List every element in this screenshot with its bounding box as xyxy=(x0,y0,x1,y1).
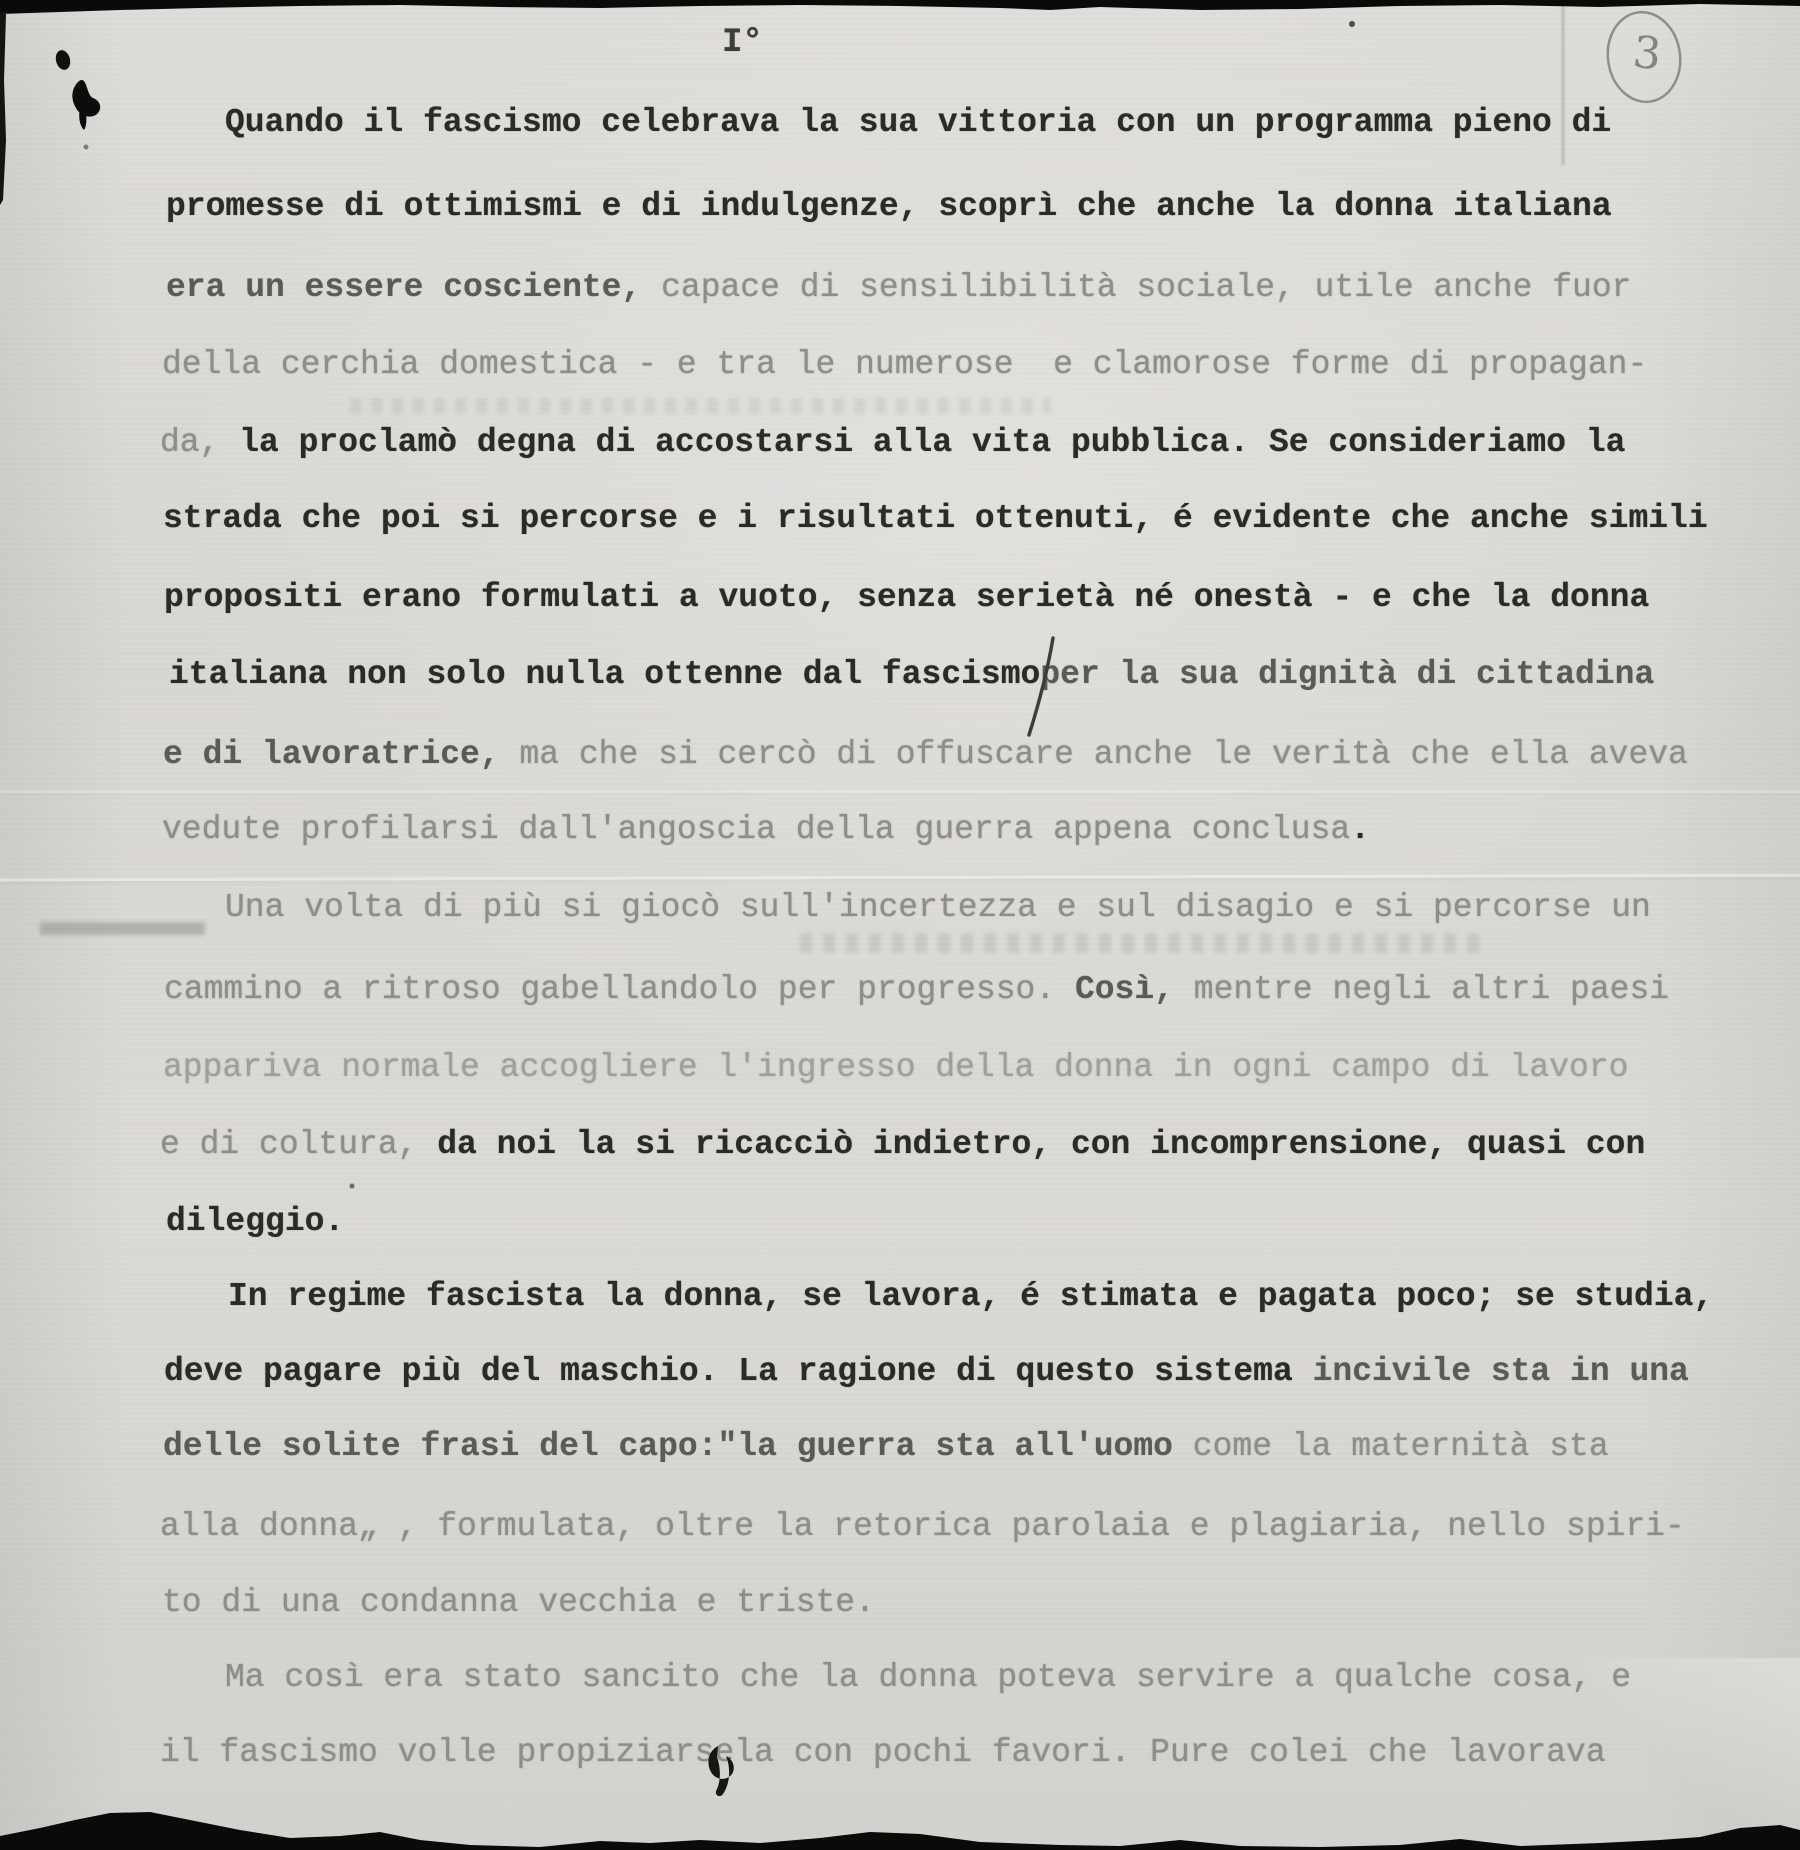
typed-line: cammino a ritroso gabellandolo per progr… xyxy=(164,970,1669,1010)
typed-line: strada che poi si percorse e i risultati… xyxy=(163,499,1708,539)
typed-text: strada che poi si percorse e i risultati… xyxy=(163,500,1708,537)
typed-text: mentre negli altri paesi xyxy=(1174,971,1669,1008)
horizontal-crease xyxy=(0,874,1800,882)
typed-text: dileggio. xyxy=(166,1203,344,1240)
typed-text: incivile sta in una xyxy=(1313,1353,1689,1390)
typed-text: da noi la si ricacciò indietro, con inco… xyxy=(437,1126,1645,1163)
typed-text: era un essere cosciente, xyxy=(166,269,661,306)
typed-text: italiana non solo nulla ottenne dal fasc… xyxy=(169,656,1040,693)
typed-line: delle solite frasi del capo:"la guerra s… xyxy=(163,1427,1609,1467)
typed-text: da, xyxy=(160,424,239,461)
typed-line: propositi erano formulati a vuoto, senza… xyxy=(164,578,1649,618)
typed-text: appariva normale accogliere l'ingresso d… xyxy=(163,1049,1628,1086)
stray-dot xyxy=(1349,21,1355,27)
torn-edge-top xyxy=(0,0,1800,14)
typed-line: Una volta di più si giocò sull'incertezz… xyxy=(225,888,1651,928)
typed-line: da, la proclamò degna di accostarsi alla… xyxy=(160,423,1625,463)
typed-line: deve pagare più del maschio. La ragione … xyxy=(164,1352,1689,1392)
typed-line: era un essere cosciente, capace di sensi… xyxy=(166,268,1631,308)
typed-line: appariva normale accogliere l'ingresso d… xyxy=(163,1048,1628,1088)
typed-text: per la sua dignità di cittadina xyxy=(1040,656,1654,693)
ghost-text-smudge xyxy=(800,933,1490,953)
typed-line: In regime fascista la donna, se lavora, … xyxy=(228,1277,1713,1317)
typed-text: vedute profilarsi dall'angoscia della gu… xyxy=(162,811,1350,848)
typed-line: italiana non solo nulla ottenne dal fasc… xyxy=(169,655,1654,695)
typewritten-page: I° 3 Quando il fascismo celebrava la sua… xyxy=(0,0,1800,1850)
typed-line: e di coltura, da noi la si ricacciò indi… xyxy=(160,1125,1645,1165)
typed-text: Così, xyxy=(1075,971,1174,1008)
typed-text: to di una condanna vecchia e triste. xyxy=(162,1584,875,1621)
typed-line: il fascismo volle propiziarsela con poch… xyxy=(160,1733,1606,1773)
torn-edge-left xyxy=(0,14,6,205)
typed-text: deve pagare più del maschio. La ragione … xyxy=(164,1353,1313,1390)
torn-edge-bottom xyxy=(0,1812,1800,1850)
typed-text: Quando il fascismo celebrava la sua vitt… xyxy=(225,104,1611,141)
typed-text: della cerchia domestica - e tra le numer… xyxy=(162,346,1647,383)
typed-text: alla donna„ , formulata, oltre la retori… xyxy=(160,1508,1685,1545)
typed-line: alla donna„ , formulata, oltre la retori… xyxy=(160,1507,1685,1547)
handwritten-page-number: 3 xyxy=(1620,12,1674,96)
typed-text: capace di sensilibilità sociale, utile a… xyxy=(661,269,1631,306)
typed-text: come la maternità sta xyxy=(1193,1428,1609,1465)
typed-text: propositi erano formulati a vuoto, senza… xyxy=(164,579,1649,616)
typed-line: Ma così era stato sancito che la donna p… xyxy=(225,1658,1631,1698)
typed-text: Ma così era stato sancito che la donna p… xyxy=(225,1659,1631,1696)
horizontal-crease xyxy=(0,790,1800,793)
typed-text: la proclamò degna di accostarsi alla vit… xyxy=(239,424,1625,461)
typed-line: della cerchia domestica - e tra le numer… xyxy=(162,345,1647,385)
typed-text: . xyxy=(1350,811,1370,848)
ghost-text-smudge xyxy=(350,398,1050,414)
typed-text: cammino a ritroso gabellandolo per progr… xyxy=(164,971,1075,1008)
typed-line: Quando il fascismo celebrava la sua vitt… xyxy=(225,103,1611,143)
typed-text: Una volta di più si giocò sull'incertezz… xyxy=(225,889,1651,926)
typed-line: dileggio. xyxy=(166,1202,344,1242)
typed-text: e di lavoratrice, xyxy=(163,736,519,773)
section-heading: I° xyxy=(722,24,763,62)
ink-blot xyxy=(54,49,73,72)
typed-text: ma che si cercò di offuscare anche le ve… xyxy=(519,736,1687,773)
typed-text: In regime fascista la donna, se lavora, … xyxy=(228,1278,1713,1315)
ink-blot-drip xyxy=(79,108,86,130)
typed-line: e di lavoratrice, ma che si cercò di off… xyxy=(163,735,1688,775)
typed-line: promesse di ottimismi e di indulgenze, s… xyxy=(166,187,1612,227)
typed-line: to di una condanna vecchia e triste. xyxy=(162,1583,875,1623)
typed-text: il fascismo volle propiziarsela con poch… xyxy=(160,1734,1606,1771)
ink-speck xyxy=(84,145,89,150)
typed-line: vedute profilarsi dall'angoscia della gu… xyxy=(162,810,1370,850)
ink-blot xyxy=(72,80,100,117)
typed-text: promesse di ottimismi e di indulgenze, s… xyxy=(166,188,1612,225)
stray-mark xyxy=(350,1184,355,1189)
ink-smudge xyxy=(40,922,205,935)
typed-text: delle solite frasi del capo:"la guerra s… xyxy=(163,1428,1193,1465)
typed-text: e di coltura, xyxy=(160,1126,437,1163)
